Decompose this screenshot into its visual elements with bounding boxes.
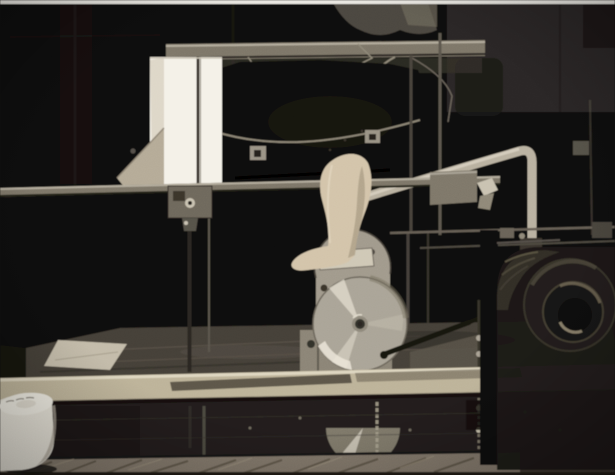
photograph-test-rig bbox=[0, 0, 615, 475]
film-grain-overlay bbox=[0, 0, 615, 475]
